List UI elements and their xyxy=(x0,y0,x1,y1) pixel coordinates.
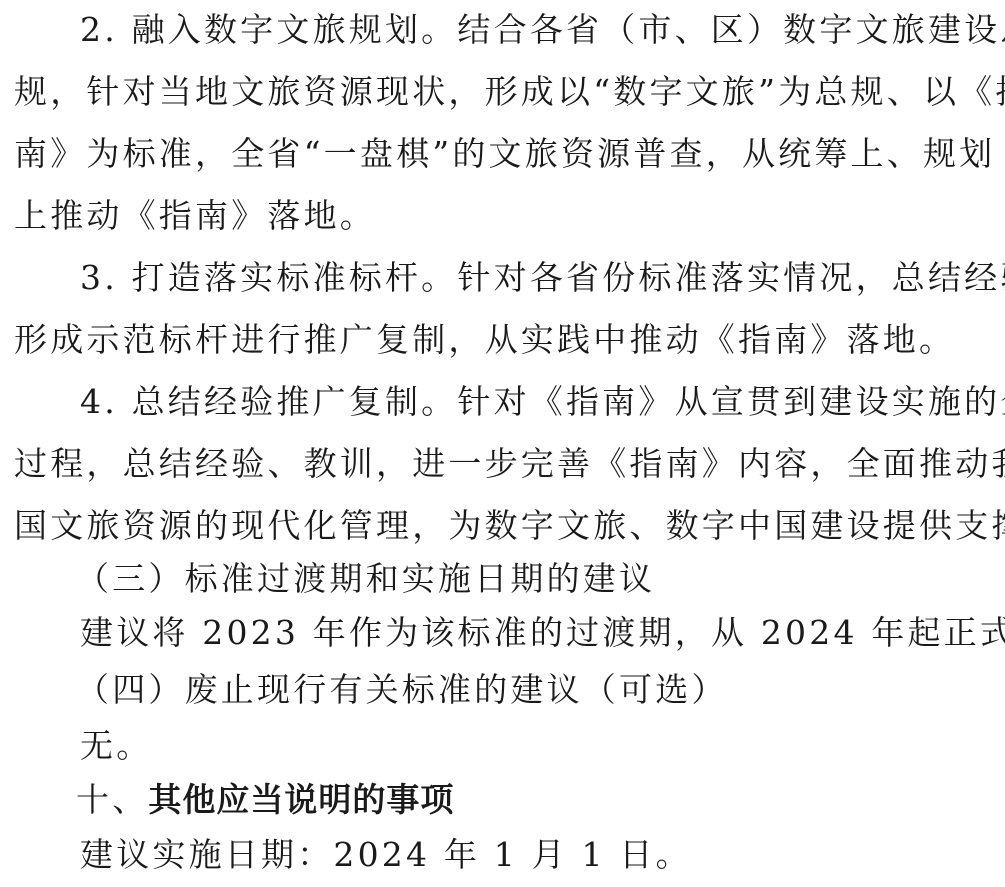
paragraph-item-3-line-2: 形成示范标杆进行推广复制，从实践中推动《指南》落地。 xyxy=(14,320,955,360)
paragraph-item-4-line-1: 4. 总结经验推广复制。针对《指南》从宣贯到建设实施的全 xyxy=(80,382,1005,422)
paragraph-item-4-line-2: 过程，总结经验、教训，进一步完善《指南》内容，全面推动我 xyxy=(14,444,1005,484)
subsection-4-heading: （四）废止现行有关标准的建议（可选） xyxy=(76,670,728,710)
paragraph-item-4-line-3: 国文旅资源的现代化管理，为数字文旅、数字中国建设提供支撑。 xyxy=(14,506,1005,546)
document-page: 2. 融入数字文旅规划。结合各省（市、区）数字文旅建设总 规，针对当地文旅资源现… xyxy=(0,0,1005,887)
subsection-4-body: 无。 xyxy=(80,726,152,766)
paragraph-item-3-line-1: 3. 打造落实标准标杆。针对各省份标准落实情况，总结经验， xyxy=(80,258,1005,298)
paragraph-item-2-line-1: 2. 融入数字文旅规划。结合各省（市、区）数字文旅建设总 xyxy=(80,10,1005,50)
section-10-body: 建议实施日期：2024 年 1 月 1 日。 xyxy=(80,835,692,875)
section-10-number: 十、 xyxy=(76,780,148,819)
paragraph-item-2-line-2: 规，针对当地文旅资源现状，形成以“数字文旅”为总规、以《指 xyxy=(14,72,1005,112)
subsection-3-heading: （三）标准过渡期和实施日期的建议 xyxy=(76,559,655,599)
subsection-3-body: 建议将 2023 年作为该标准的过渡期，从 2024 年起正式实施。 xyxy=(80,613,1005,653)
paragraph-item-2-line-3: 南》为标准，全省“一盘棋”的文旅资源普查，从统筹上、规划 xyxy=(14,134,995,174)
paragraph-item-2-line-4: 上推动《指南》落地。 xyxy=(14,196,376,236)
section-10-heading: 十、其他应当说明的事项 xyxy=(76,780,454,820)
section-10-title: 其他应当说明的事项 xyxy=(148,780,454,819)
